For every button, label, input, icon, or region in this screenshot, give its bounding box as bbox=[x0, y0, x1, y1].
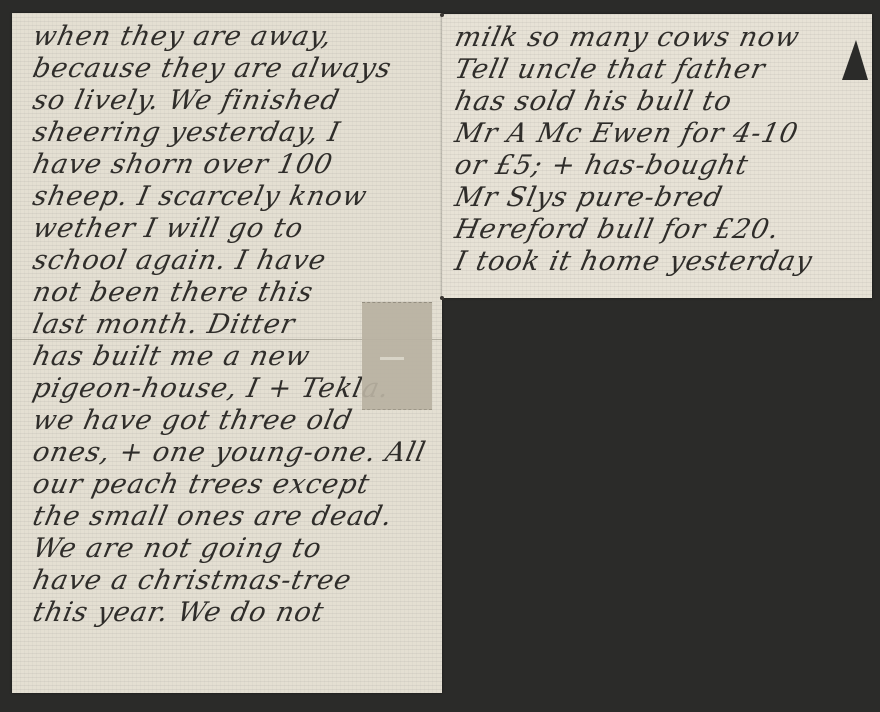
handwritten-line: We are not going to bbox=[30, 533, 325, 564]
handwritten-line: last month. Ditter bbox=[30, 309, 298, 340]
handwritten-line: Tell uncle that father bbox=[452, 54, 768, 85]
letter-sheet-right: milk so many cows now Tell uncle that fa… bbox=[442, 14, 872, 298]
handwritten-line: has sold his bull to bbox=[452, 86, 735, 117]
pin-mark bbox=[440, 13, 444, 17]
handwritten-line: Mr Slys pure-bred bbox=[452, 182, 726, 213]
handwritten-line: our peach trees except bbox=[30, 469, 373, 500]
handwritten-line: milk so many cows now bbox=[452, 22, 803, 53]
handwritten-line: pigeon-house, I + Tekla. bbox=[30, 373, 393, 404]
tape-repair-patch bbox=[362, 302, 432, 410]
handwritten-line: Mr A Mc Ewen for 4-10 bbox=[452, 118, 801, 149]
handwritten-line: school again. I have bbox=[30, 245, 329, 276]
pin-mark bbox=[440, 296, 444, 300]
handwritten-line: ones, + one young-one. All bbox=[30, 437, 429, 468]
handwritten-line: this year. We do not bbox=[30, 597, 327, 628]
handwritten-line: so lively. We finished bbox=[30, 85, 343, 116]
handwritten-line: Hereford bull for £20. bbox=[452, 214, 782, 245]
handwritten-line: sheering yesterday, I bbox=[30, 117, 343, 148]
handwritten-line: wether I will go to bbox=[30, 213, 306, 244]
torn-corner bbox=[842, 40, 868, 80]
handwritten-line: not been there this bbox=[30, 277, 316, 308]
handwritten-line: or £5; + has-bought bbox=[452, 150, 751, 181]
handwritten-line: have a christmas-tree bbox=[30, 565, 355, 596]
handwritten-line: sheep. I scarcely know bbox=[30, 181, 370, 212]
handwritten-line: because they are always bbox=[30, 53, 395, 84]
handwritten-line: the small ones are dead. bbox=[30, 501, 396, 532]
handwritten-line: have shorn over 100 bbox=[30, 149, 336, 180]
handwritten-line: when they are away, bbox=[30, 21, 335, 52]
handwritten-line: I took it home yesterday bbox=[452, 246, 815, 277]
handwritten-line: has built me a new bbox=[30, 341, 313, 372]
handwritten-line: we have got three old bbox=[30, 405, 355, 436]
